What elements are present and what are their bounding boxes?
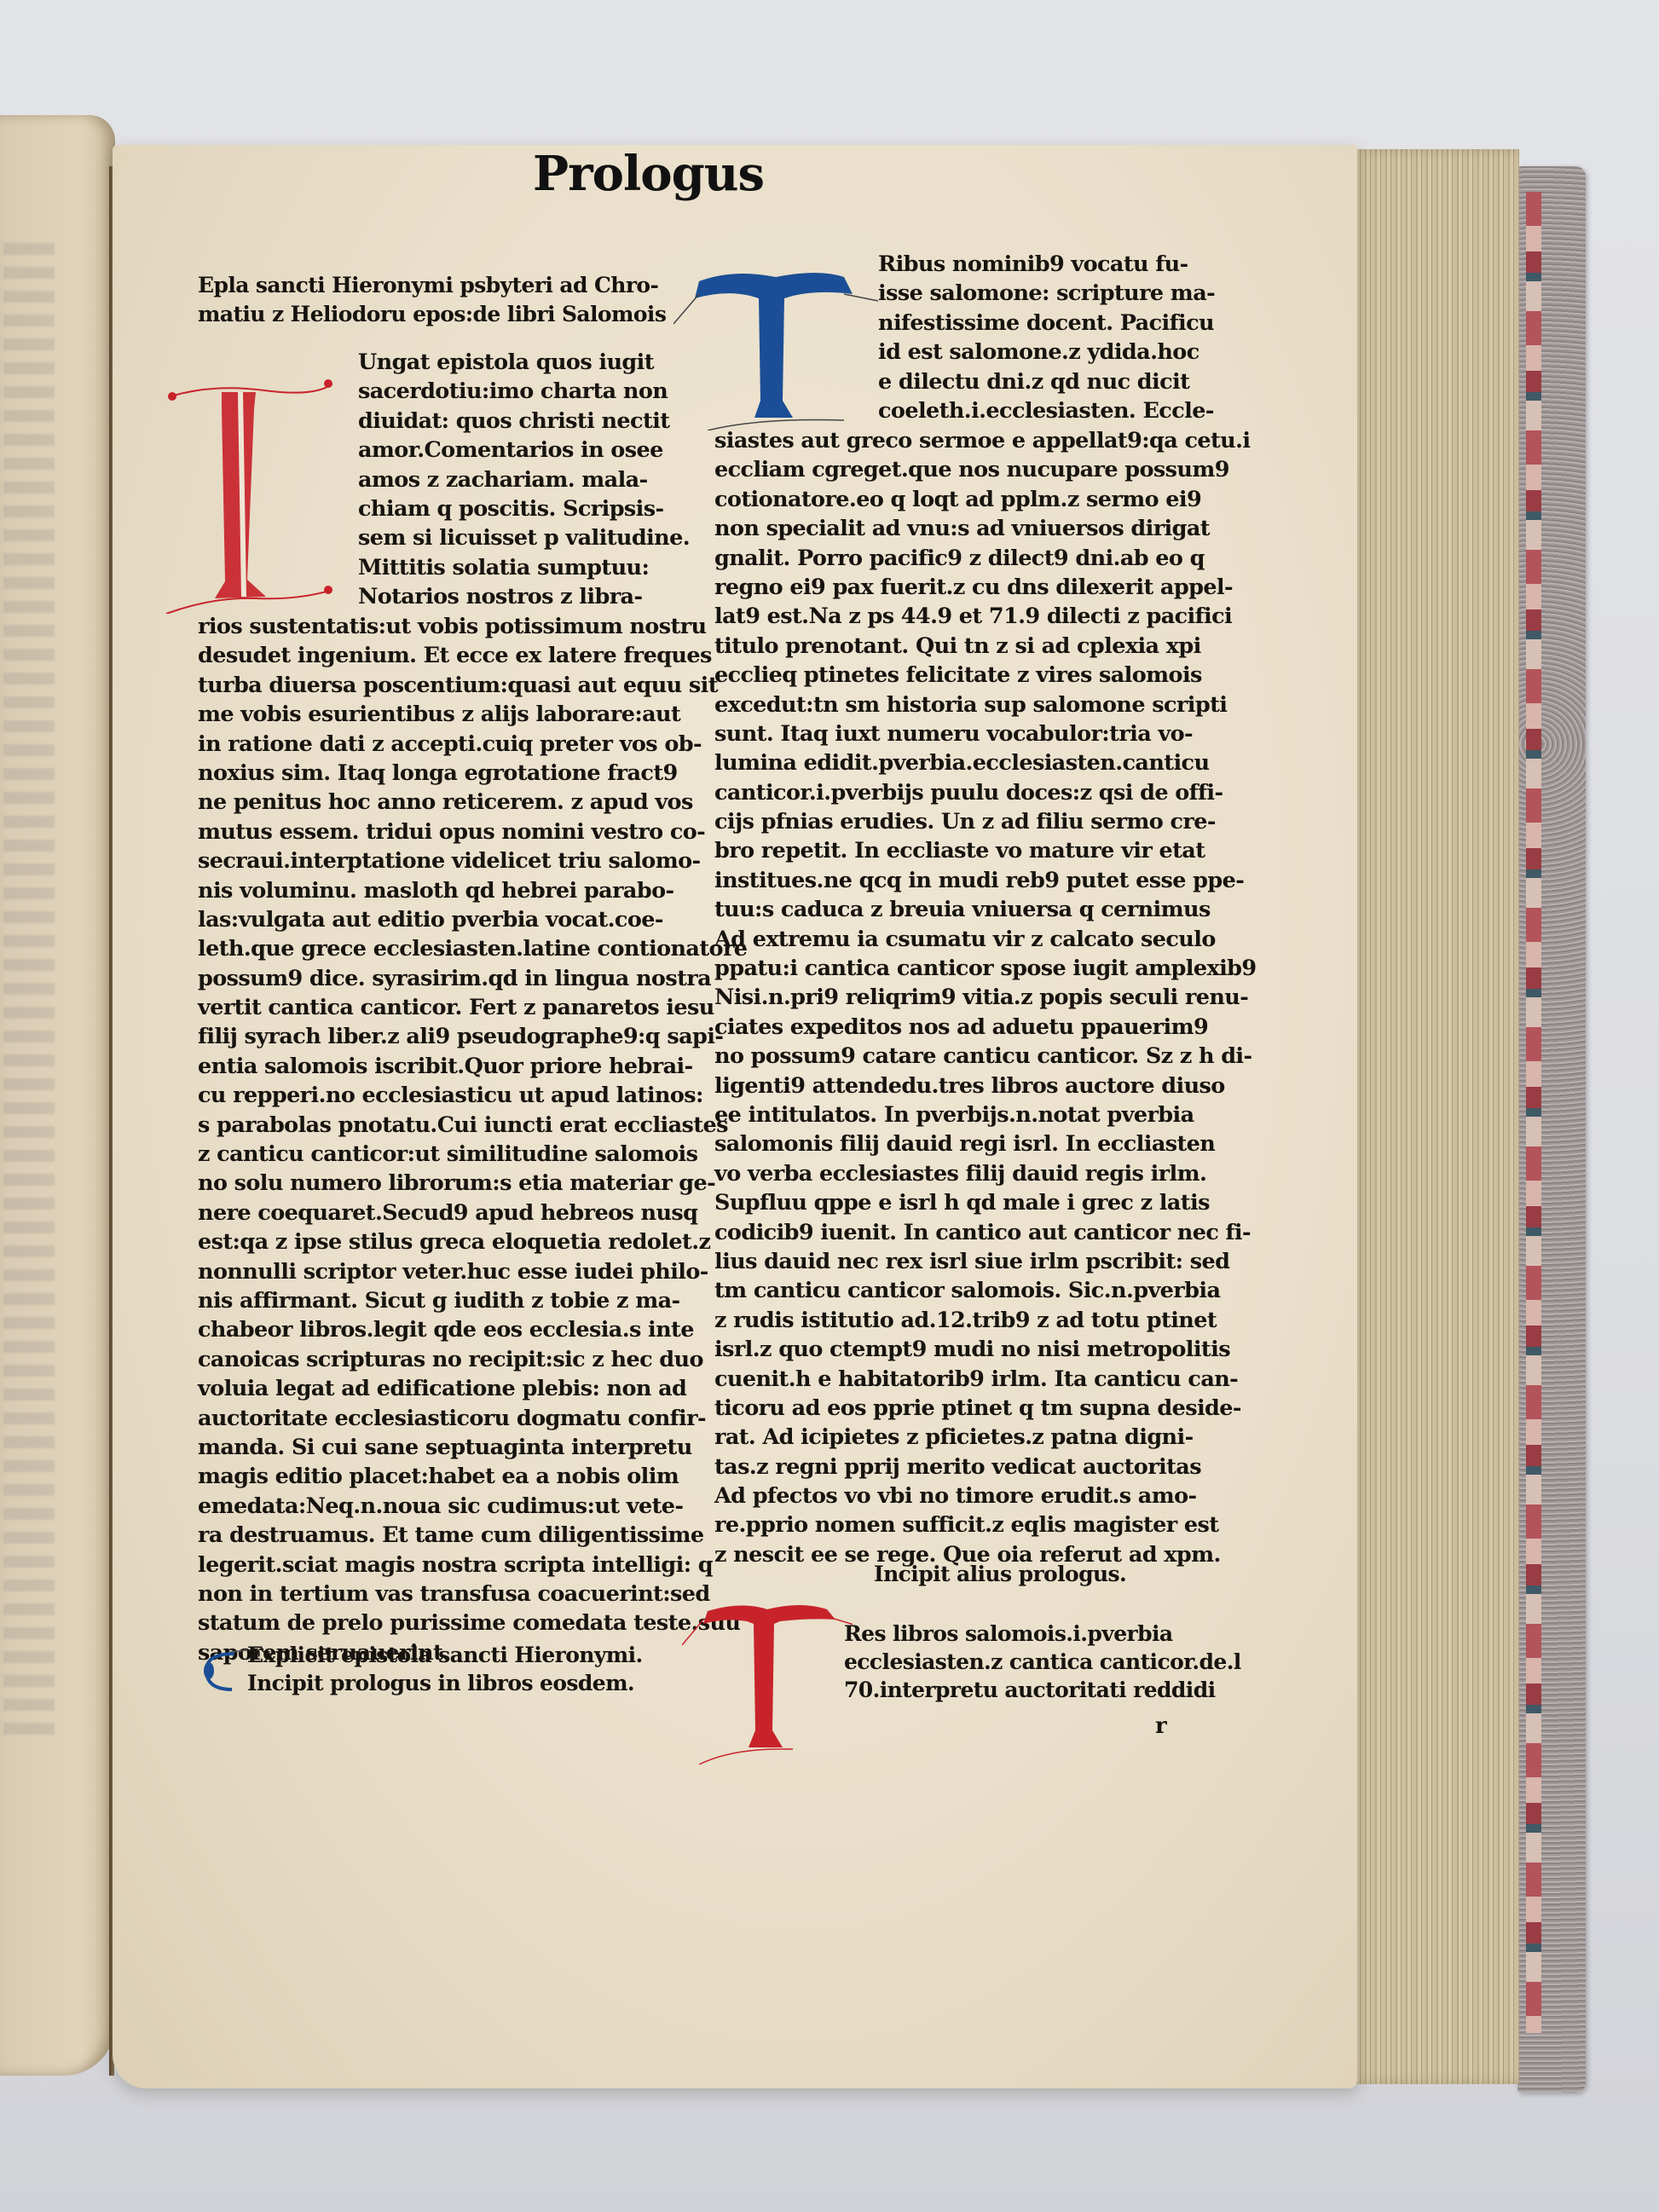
text-line: tas.z regni pprij merito vedicat auctori… (714, 1453, 1257, 1481)
text-line: statum de prelo purissime comedata teste… (198, 1608, 747, 1637)
text-line: lat9 est.Na z ps 44.9 et 71.9 dilecti z … (714, 602, 1257, 631)
text-line: ticoru ad eos pprie ptinet q tm supna de… (714, 1394, 1257, 1423)
text-line: regno ei9 pax fuerit.z cu dns dilexerit … (714, 573, 1257, 602)
text-line: bro repetit. In eccliaste vo mature vir … (714, 836, 1257, 865)
text-line: mutus essem. tridui opus nomini vestro c… (198, 817, 747, 846)
text-line: s parabolas pnotatu.Cui iuncti erat eccl… (198, 1111, 747, 1140)
text-line: canoicas scripturas no recipit:sic z hec… (198, 1345, 747, 1374)
text-line: Nisi.n.pri9 reliqrim9 vitia.z popis secu… (714, 983, 1257, 1012)
blue-paragraph-mark-icon (196, 1645, 247, 1696)
prologue-opening-lines: Ribus nominib9 vocatu fu- isse salomone:… (714, 250, 1215, 425)
text-line: ee intitulatos. In pverbijs.n.notat pver… (714, 1100, 1257, 1129)
text-line: Ad pfectos vo vbi no timore erudit.s amo… (714, 1481, 1257, 1510)
signature-mark: r (1155, 1713, 1166, 1739)
text-line: salomonis filij dauid regi isrl. In eccl… (714, 1129, 1257, 1158)
text-line: cu repperi.no ecclesiasticu ut apud lati… (198, 1081, 747, 1110)
text-line: vo verba ecclesiastes filij dauid regis … (714, 1159, 1257, 1188)
text-line: turba diuersa poscentium:quasi aut equu … (198, 671, 747, 700)
text-line: cijs pfnias erudies. Un z ad filiu sermo… (714, 807, 1257, 836)
text-line: rios sustentatis:ut vobis potissimum nos… (198, 612, 747, 641)
text-line: las:vulgata aut editio pverbia vocat.coe… (198, 905, 747, 934)
text-line: noxius sim. Itaq longa egrotatione fract… (198, 759, 747, 788)
text-line: Ad extremu ia csumatu vir z calcato secu… (714, 925, 1257, 954)
text-line: voluia legat ad edificatione plebis: non… (198, 1374, 747, 1403)
text-line: nis voluminu. masloth qd hebrei parabo- (198, 876, 747, 905)
photo-scene: Prologus Epla sancti Hieronymi psbyteri … (0, 0, 1659, 2212)
text-line: chabeor libros.legit qde eos ecclesia.s … (198, 1315, 747, 1344)
text-line: canticor.i.pverbijs puulu doces:z qsi de… (714, 778, 1257, 807)
text-line: amor.Comentarios in osee (198, 436, 690, 465)
running-head: Prologus (533, 147, 764, 201)
text-line: ligenti9 attendedu.tres libros auctore d… (714, 1071, 1257, 1100)
text-line: no possum9 catare canticu canticor. Sz z… (714, 1042, 1257, 1071)
explicit-block: Explicit epistola sancti Hieronymi. Inci… (247, 1641, 643, 1697)
text-line: ne penitus hoc anno reticerem. z apud vo… (198, 788, 747, 817)
text-line: ecclieq ptinetes felicitate z vires salo… (714, 661, 1257, 690)
text-line: titulo prenotant. Qui tn z si ad cplexia… (714, 632, 1257, 661)
text-line: cuenit.h e habitatorib9 irlm. Ita cantic… (714, 1365, 1257, 1394)
text-line: ra destruamus. Et tame cum diligentissim… (198, 1521, 747, 1550)
text-line: est:qa z ipse stilus greca eloquetia red… (198, 1227, 747, 1256)
text-line: z canticu canticor:ut similitudine salom… (198, 1140, 747, 1169)
text-line: legerit.sciat magis nostra scripta intel… (198, 1551, 747, 1580)
incipit-line: Incipit prologus in libros eosdem. (247, 1669, 643, 1697)
text-line: rat. Ad icipietes z pficietes.z patna di… (714, 1423, 1257, 1452)
text-line: diuidat: quos christi nectit (198, 407, 690, 436)
text-line: Ribus nominib9 vocatu fu- (714, 250, 1215, 279)
text-line: coeleth.i.ecclesiasten. Eccle- (714, 396, 1215, 425)
text-line: eccliam cgreget.que nos nucupare possum9 (714, 455, 1257, 484)
text-line: lumina edidit.pverbia.ecclesiasten.canti… (714, 748, 1257, 777)
text-line: nifestissime docent. Pacificu (714, 309, 1215, 338)
text-line: isrl.z quo ctempt9 mudi no nisi metropol… (714, 1335, 1257, 1364)
text-line: no solu numero librorum:s etia materiar … (198, 1169, 747, 1198)
text-line: cotionatore.eo q loqt ad pplm.z sermo ei… (714, 485, 1257, 514)
text-line: tm canticu canticor salomois. Sic.n.pver… (714, 1276, 1257, 1305)
text-line: nere coequaret.Secud9 apud hebreos nusq (198, 1198, 747, 1227)
text-line: e dilectu dni.z qd nuc dicit (714, 367, 1215, 396)
text-line: emedata:Neq.n.noua sic cudimus:ut vete- (198, 1492, 747, 1521)
text-line: nonnulli scriptor veter.huc esse iudei p… (198, 1257, 747, 1286)
text-line: in ratione dati z accepti.cuiq preter vo… (198, 730, 747, 759)
text-line: sunt. Itaq iuxt numeru vocabulor:tria vo… (714, 719, 1257, 748)
text-line: tuu:s caduca z breuia vniuersa q cernimu… (714, 895, 1257, 924)
show-through-text (3, 243, 55, 1735)
page-block-fore-edge (1340, 149, 1519, 2084)
text-line: magis editio placet:habet ea a nobis oli… (198, 1462, 747, 1491)
text-line: amos z zachariam. mala- (198, 465, 690, 494)
red-initial-T-icon (682, 1594, 853, 1764)
verso-page-edge (0, 115, 115, 2076)
text-line: filij syrach liber.z ali9 pseudographe9:… (198, 1022, 747, 1051)
subheading: Incipit alius prologus. (874, 1562, 1126, 1586)
text-line: entia salomois iscribit.Quor priore hebr… (198, 1052, 747, 1081)
text-line: Supfluu qppe e isrl h qd male i grec z l… (714, 1188, 1257, 1217)
text-line: vertit cantica canticor. Fert z panareto… (198, 993, 747, 1022)
marbled-endpaper (1526, 192, 1541, 2033)
text-line: re.pprio nomen sufficit.z eqlis magister… (714, 1510, 1257, 1539)
text-line: institues.ne qcq in mudi reb9 putet esse… (714, 866, 1257, 895)
text-line: secraui.interptatione videlicet triu sal… (198, 846, 747, 875)
text-line: me vobis esurientibus z alijs laborare:a… (198, 700, 747, 729)
text-line: siastes aut greco sermoe e appellat9:qa … (714, 426, 1257, 455)
text-line: manda. Si cui sane septuaginta interpret… (198, 1433, 747, 1462)
text-line: sacerdotiu:imo charta non (198, 377, 690, 406)
text-line: ciates expeditos nos ad aduetu ppauerim9 (714, 1013, 1257, 1042)
explicit-line: Explicit epistola sancti Hieronymi. (247, 1641, 643, 1669)
text-line: 70.interpretu auctoritati reddidi (844, 1676, 1241, 1704)
letter-body: rios sustentatis:ut vobis potissimum nos… (198, 612, 747, 1667)
text-line: Mittitis solatia sumptuu: (198, 553, 690, 582)
text-line: excedut:tn sm historia sup salomone scri… (714, 690, 1257, 719)
text-line: non specialit ad vnu:s ad vniuersos diri… (714, 514, 1257, 543)
text-line: ecclesiasten.z cantica canticor.de.l (844, 1648, 1241, 1676)
prologue-body: siastes aut greco sermoe e appellat9:qa … (714, 426, 1257, 1569)
text-line: chiam q poscitis. Scripsis- (198, 494, 690, 523)
text-line: Res libros salomois.i.pverbia (844, 1620, 1241, 1648)
text-line: lius dauid nec rex isrl siue irlm pscrib… (714, 1247, 1257, 1276)
text-line: possum9 dice. syrasirim.qd in lingua nos… (198, 964, 747, 993)
text-line: Ungat epistola quos iugit (198, 348, 690, 377)
text-line: Notarios nostros z libra- (198, 582, 690, 611)
text-line: non in tertium vas transfusa coacuerint:… (198, 1580, 747, 1608)
text-line: isse salomone: scripture ma- (714, 279, 1215, 308)
letter-title: Epla sancti Hieronymi psbyteri ad Chro- … (198, 271, 684, 330)
text-line: gnalit. Porro pacific9 z dilect9 dni.ab … (714, 544, 1257, 573)
text-line: id est salomone.z ydida.hoc (714, 338, 1215, 367)
text-line: z rudis istitutio ad.12.trib9 z ad totu … (714, 1306, 1257, 1335)
letter-opening-lines: Ungat epistola quos iugit sacerdotiu:imo… (198, 348, 690, 612)
text-line: nis affirmant. Sicut g iudith z tobie z … (198, 1286, 747, 1315)
title-line: Epla sancti Hieronymi psbyteri ad Chro- (198, 271, 684, 300)
title-line: matiu z Heliodoru epos:de libri Salomois (198, 300, 684, 329)
text-line: leth.que grece ecclesiasten.latine conti… (198, 934, 747, 963)
text-line: auctoritate ecclesiasticoru dogmatu conf… (198, 1404, 747, 1433)
text-line: desudet ingenium. Et ecce ex latere freq… (198, 641, 747, 670)
text-line: ppatu:i cantica canticor spose iugit amp… (714, 954, 1257, 983)
text-line: sem si licuisset p valitudine. (198, 523, 690, 552)
text-line: codicib9 iuenit. In cantico aut canticor… (714, 1218, 1257, 1247)
second-prologue-lines: Res libros salomois.i.pverbia ecclesiast… (844, 1620, 1241, 1704)
